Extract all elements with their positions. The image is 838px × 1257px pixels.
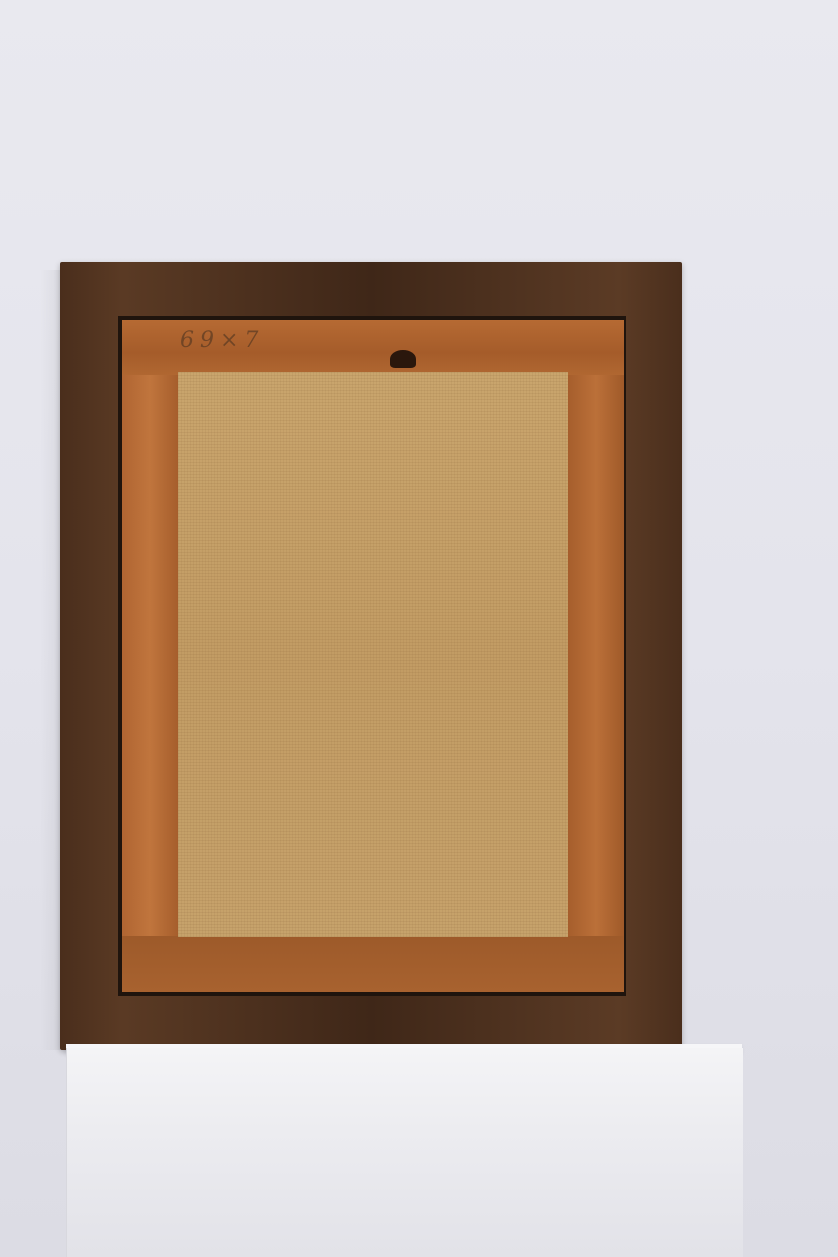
canvas-back	[178, 372, 568, 937]
wood-knot	[390, 350, 416, 368]
pencil-inscription: 69×7	[180, 328, 264, 353]
stretcher-bottom-bar	[122, 936, 624, 992]
pedestal	[66, 1048, 743, 1257]
stretcher-top-bar: 69×7	[122, 320, 624, 375]
picture-frame: 69×7	[60, 262, 682, 1050]
stretcher-right-bar	[568, 320, 624, 992]
stretcher-left-bar	[122, 320, 178, 992]
